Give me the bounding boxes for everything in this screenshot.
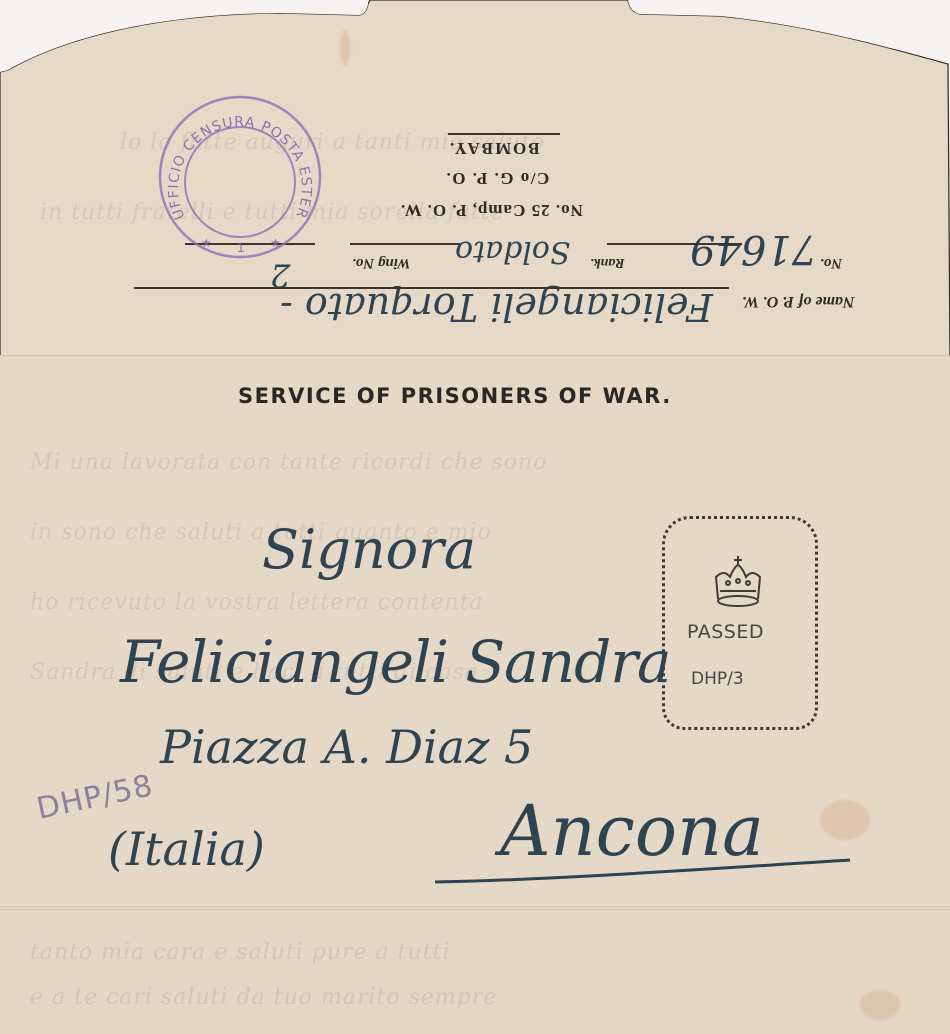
- crown-icon: [710, 553, 766, 609]
- censor-stamp: UFFICIO CENSURA POSTA ESTERA ★ ★ 1: [155, 92, 325, 262]
- document-title: SERVICE OF PRISONERS OF WAR.: [238, 384, 672, 408]
- rule: [134, 287, 729, 289]
- show-through-text: Mi una lavorata con tante ricordi che so…: [30, 450, 547, 475]
- lower-panel: [0, 908, 950, 1034]
- censor-number: 1: [237, 239, 245, 255]
- svg-text:★: ★: [201, 236, 212, 250]
- rule: [448, 133, 560, 135]
- lettercard: lo lo fatte auguri a tanti mie saluto in…: [0, 0, 950, 1034]
- number-label: No.: [820, 254, 842, 271]
- rank-value: Soldato: [455, 234, 570, 269]
- street-address: Piazza A. Diaz 5: [160, 720, 533, 774]
- show-through-text: tanto mia cara e saluti pure a tutti: [30, 940, 450, 965]
- city-underline: [430, 850, 860, 890]
- country: (Italia): [108, 822, 265, 876]
- svg-text:★: ★: [270, 236, 281, 250]
- fold-line: [0, 906, 950, 909]
- rule: [607, 243, 742, 245]
- stain: [860, 990, 900, 1020]
- address-line-3: BOMBAY.: [448, 138, 540, 158]
- passed-label: PASSED: [687, 621, 764, 643]
- wing-label: Wing No.: [352, 254, 411, 271]
- salutation: Signora: [262, 518, 476, 581]
- number-value: 71649: [690, 226, 817, 272]
- rule: [350, 243, 460, 245]
- stain: [340, 30, 350, 66]
- fold-line: [0, 355, 950, 358]
- recipient-name: Feliciangeli Sandra: [120, 628, 671, 696]
- show-through-text: ho ricevuto la vostra lettera contenta: [30, 590, 484, 615]
- passed-code: DHP/3: [691, 669, 744, 689]
- rank-label: Rank.: [590, 254, 625, 270]
- name-label: Name of P. O. W.: [742, 292, 854, 310]
- stain: [820, 800, 870, 840]
- passed-stamp: PASSED DHP/3: [662, 516, 818, 730]
- address-line-1: No. 25 Camp, P. O. W.: [400, 200, 583, 220]
- name-value: Feliciangeli Torquato -: [280, 285, 713, 329]
- show-through-text: e a te cari saluti da tuo marito sempre: [30, 985, 497, 1010]
- address-line-2: C/o G. P. O.: [445, 168, 549, 188]
